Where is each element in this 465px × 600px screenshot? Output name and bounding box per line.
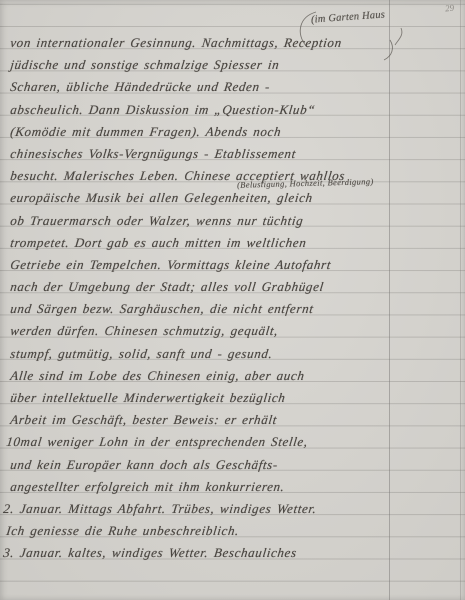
diary-page: 29 (im Garten Haus (Belustigung, Hochzei… (0, 0, 465, 600)
diary-line-text: Alle sind im Lobe des Chinesen einig, ab… (9, 365, 306, 387)
diary-line: europäische Musik bei allen Gelegenheite… (9, 187, 409, 209)
diary-line: Arbeit im Geschäft, bester Beweis: er er… (9, 409, 409, 431)
diary-line-text: ob Trauermarsch oder Walzer, wenns nur t… (9, 210, 305, 232)
diary-line: werden dürfen. Chinesen schmutzig, gequä… (9, 320, 409, 342)
diary-line-text: (Komödie mit dummen Fragen). Abends noch (9, 121, 283, 143)
diary-line-text: 3. Januar. kaltes, windiges Wetter. Besc… (2, 542, 298, 564)
diary-text-block: von internationaler Gesinnung. Nachmitta… (9, 32, 409, 565)
diary-line-text: abscheulich. Dann Diskussion im „Questio… (9, 99, 317, 121)
diary-line-text: Ich geniesse die Ruhe unbeschreiblich. (5, 520, 240, 542)
diary-line: nach der Umgebung der Stadt; alles voll … (9, 276, 409, 298)
diary-line: Alle sind im Lobe des Chinesen einig, ab… (9, 365, 409, 387)
diary-line: und Särgen bezw. Sarghäuschen, die nicht… (9, 298, 409, 320)
diary-line-text: über intellektuelle Minderwertigkeit bez… (9, 387, 287, 409)
diary-line: 10mal weniger Lohn in der entsprechenden… (5, 431, 409, 453)
diary-line: über intellektuelle Minderwertigkeit bez… (9, 387, 409, 409)
diary-line: stumpf, gutmütig, solid, sanft und - ges… (9, 343, 409, 365)
diary-line-text: angestellter erfolgreich mit ihm konkurr… (9, 476, 286, 498)
diary-line-date-entry: 2. Januar. Mittags Abfahrt. Trübes, wind… (2, 498, 409, 520)
diary-line-text: Getriebe ein Tempelchen. Vormittags klei… (9, 254, 332, 276)
diary-line-text: besucht. Malerisches Leben. Chinese acce… (9, 165, 346, 187)
insertion-annotation: (im Garten Haus (311, 9, 386, 26)
diary-line-text: jüdische und sonstige schmalzige Spiesse… (9, 54, 281, 76)
diary-line: und kein Europäer kann doch als Geschäft… (9, 454, 409, 476)
diary-line: Getriebe ein Tempelchen. Vormittags klei… (9, 254, 409, 276)
diary-line: ob Trauermarsch oder Walzer, wenns nur t… (9, 210, 409, 232)
diary-line-text: stumpf, gutmütig, solid, sanft und - ges… (9, 343, 274, 365)
diary-line: Ich geniesse die Ruhe unbeschreiblich. (5, 520, 409, 542)
diary-line-date-entry: 3. Januar. kaltes, windiges Wetter. Besc… (2, 542, 409, 564)
diary-line-text: Arbeit im Geschäft, bester Beweis: er er… (9, 409, 278, 431)
diary-line-text: Scharen, übliche Händedrücke und Reden - (9, 76, 271, 98)
edge-rule-line (460, 0, 461, 600)
diary-line: jüdische und sonstige schmalzige Spiesse… (9, 54, 409, 76)
diary-line: chinesisches Volks-Vergnügungs - Etablis… (9, 143, 409, 165)
diary-line: besucht. Malerisches Leben. Chinese acce… (9, 165, 409, 187)
diary-line-text: chinesisches Volks-Vergnügungs - Etablis… (9, 143, 297, 165)
diary-line-text: 10mal weniger Lohn in der entsprechenden… (5, 431, 309, 453)
diary-line-text: nach der Umgebung der Stadt; alles voll … (9, 276, 325, 298)
diary-line-text: europäische Musik bei allen Gelegenheite… (9, 187, 314, 209)
diary-line: angestellter erfolgreich mit ihm konkurr… (9, 476, 409, 498)
diary-line-text: und Särgen bezw. Sarghäuschen, die nicht… (9, 298, 315, 320)
diary-line-text: 2. Januar. Mittags Abfahrt. Trübes, wind… (2, 498, 318, 520)
diary-line: Scharen, übliche Händedrücke und Reden - (9, 76, 409, 98)
diary-line-text: werden dürfen. Chinesen schmutzig, gequä… (9, 320, 280, 342)
diary-line-text: von internationaler Gesinnung. Nachmitta… (9, 32, 343, 54)
diary-line: trompetet. Dort gab es auch mitten im we… (9, 232, 409, 254)
page-number: 29 (445, 3, 455, 14)
diary-line: abscheulich. Dann Diskussion im „Questio… (9, 99, 409, 121)
diary-line: von internationaler Gesinnung. Nachmitta… (9, 32, 409, 54)
diary-line: (Komödie mit dummen Fragen). Abends noch (9, 121, 409, 143)
diary-line-text: und kein Europäer kann doch als Geschäft… (9, 454, 279, 476)
diary-line-text: trompetet. Dort gab es auch mitten im we… (9, 232, 308, 254)
